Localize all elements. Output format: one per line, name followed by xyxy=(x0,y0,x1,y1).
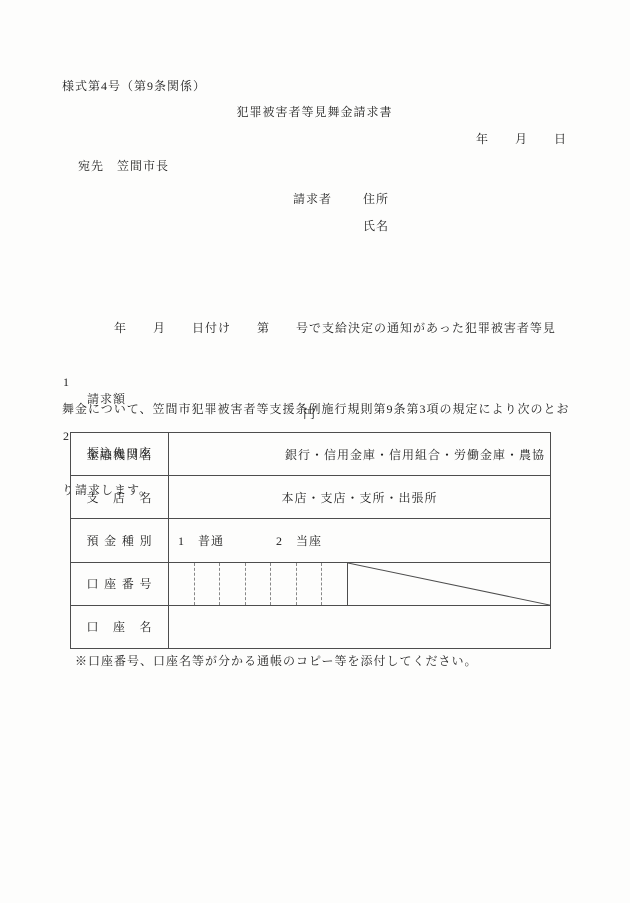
document-title: 犯罪被害者等見舞金請求書 xyxy=(62,103,567,120)
deposit-type-label: 預金種別 xyxy=(87,532,153,549)
branch-name-label-cell: 支店名 xyxy=(71,476,169,518)
claim-amount-row: 1 請求額 円 xyxy=(0,360,630,378)
form-number: 様式第4号（第9条関係） xyxy=(62,77,206,94)
branch-name-label: 支店名 xyxy=(87,489,153,506)
account-number-cells xyxy=(169,563,550,605)
diagonal-line xyxy=(348,563,551,605)
table-row-branch: 支店名 本店・支店・支所・出張所 xyxy=(71,475,550,518)
claim-amount-label: 請求額 xyxy=(87,390,126,407)
deposit-type-label-cell: 預金種別 xyxy=(71,519,169,561)
branch-name-value-cell: 本店・支店・支所・出張所 xyxy=(169,476,550,518)
account-table: 金融機関名 銀行・信用金庫・信用組合・労働金庫・農協 支店名 本店・支店・支所・… xyxy=(70,432,551,649)
deposit-type-value-cell: 1 普通 2 当座 xyxy=(169,519,550,561)
claim-amount-number: 1 xyxy=(63,375,70,390)
table-row-account-number: 口座番号 xyxy=(71,562,550,605)
account-number-label: 口座番号 xyxy=(87,575,153,592)
bank-name-label-cell: 金融機関名 xyxy=(71,433,169,475)
account-number-label-cell: 口座番号 xyxy=(71,563,169,605)
account-number-cell xyxy=(271,563,297,605)
bank-name-label: 金融機関名 xyxy=(87,446,153,463)
account-number-cell xyxy=(220,563,246,605)
account-number-value-cell xyxy=(169,563,550,605)
diagonal-strike-area xyxy=(348,563,551,605)
body-paragraph-line-1: 年 月 日付け 第 号で支給決定の通知があった犯罪被害者等見 xyxy=(62,315,574,342)
date-line: 年 月 日 xyxy=(62,130,567,147)
account-name-value-cell xyxy=(169,606,550,648)
account-number-cell xyxy=(322,563,348,605)
claimant-label: 請求者 xyxy=(293,190,332,207)
account-name-label-cell: 口座名 xyxy=(71,606,169,648)
document-page: 様式第4号（第9条関係） 犯罪被害者等見舞金請求書 年 月 日 宛先 笠間市長 … xyxy=(0,0,630,903)
claimant-name-label: 氏名 xyxy=(363,217,389,234)
account-number-cell xyxy=(246,563,272,605)
table-row-account-name: 口座名 xyxy=(71,605,550,648)
table-row-bank: 金融機関名 銀行・信用金庫・信用組合・労働金庫・農協 xyxy=(71,433,550,475)
bank-name-value-cell: 銀行・信用金庫・信用組合・労働金庫・農協 xyxy=(169,433,550,475)
account-section-row: 2 振込先口座 xyxy=(0,414,630,432)
footnote: ※口座番号、口座名等が分かる通帳のコピー等を添付してください。 xyxy=(75,652,478,669)
account-section-number: 2 xyxy=(63,429,70,444)
addressee: 宛先 笠間市長 xyxy=(78,157,169,174)
account-number-cell xyxy=(169,563,195,605)
account-name-label: 口座名 xyxy=(87,618,153,635)
claimant-address-label: 住所 xyxy=(363,190,389,207)
account-number-cell xyxy=(195,563,221,605)
account-number-cell xyxy=(297,563,323,605)
table-row-deposit-type: 預金種別 1 普通 2 当座 xyxy=(71,518,550,561)
